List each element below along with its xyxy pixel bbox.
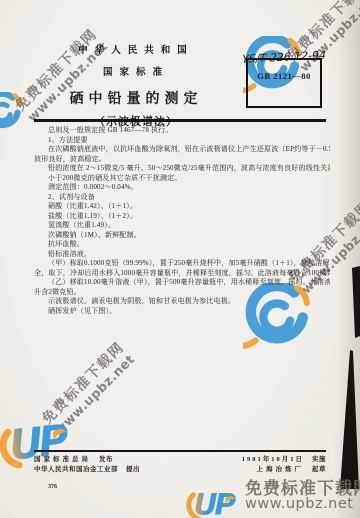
proposer-name: 中华人民共和国冶金工业部 bbox=[34, 466, 118, 473]
body-line: 硝酸（比重1.42）、（1＋1）。 bbox=[34, 202, 330, 212]
body-line: 次磷酸钠（1M）、新鲜配制。 bbox=[34, 231, 330, 241]
drafter-cell: 上海冶炼厂起草 bbox=[257, 464, 327, 473]
standard-type: 国家标准 bbox=[30, 64, 242, 78]
footer-row: 国家标准总局发布 1981年10月1日实施 bbox=[34, 453, 326, 464]
standard-code-box: GB 2121—80 bbox=[246, 58, 322, 108]
document-header: 中华人民共和国 国家标准 硒中铅量的测定 （示波极谱法） bbox=[30, 42, 242, 129]
watermark-site-name: 免费标准下载网 bbox=[245, 480, 360, 497]
bottom-watermark-caption: 免费标准下载网 www.upbz.net bbox=[245, 480, 360, 512]
upbz-swirl-logo bbox=[0, 92, 22, 132]
document-body: 总则及一般规定按 GB 1467—78 执行。 1、方法提要 在次磷酸钠底液中，… bbox=[34, 126, 330, 316]
scanned-standard-page: 免费标准下载网 www.upbz.net 免费标准下载网 www.upbz.ne… bbox=[0, 0, 360, 518]
body-line: 硒挥发炉（见下图）。 bbox=[34, 307, 330, 317]
body-line: 抗坏血酸。 bbox=[34, 240, 330, 250]
body-line: 升含2微克铅。 bbox=[34, 288, 330, 298]
implement-cell: 1981年10月1日实施 bbox=[242, 454, 326, 463]
body-line: 示波极谱仪。滴汞电极为阴极，铂和甘汞电极为参比电极。 bbox=[34, 297, 330, 307]
page-title: 硒中铅量的测定 bbox=[30, 88, 242, 108]
body-line: （甲）称取0.1000克铅（99.99%），置于250毫升烧杯中，加5毫升硝酸（… bbox=[34, 259, 330, 269]
proposer-cell: 中华人民共和国冶金工业部提出 bbox=[34, 464, 140, 473]
body-line: （乙）移取10.00毫升溶液（甲），置于500毫升容量瓶中，用水稀释至刻度，摇匀… bbox=[34, 278, 330, 288]
header-rule bbox=[34, 119, 326, 122]
body-line: 测定范围：0.0002～0.04%。 bbox=[34, 183, 330, 193]
page-number: 376 bbox=[48, 484, 57, 490]
standard-code: GB 2121—80 bbox=[248, 71, 320, 81]
drafter-action: 起草 bbox=[312, 466, 326, 473]
upbz-up-logo: U P bbox=[180, 477, 252, 518]
watermark-site-url: www.upbz.net bbox=[245, 497, 360, 512]
body-line: 在次磷酸钠底液中，以抗坏血酸为除氧剂，铅在示波极谱仪上产生还原波（EP约等于－0… bbox=[34, 145, 330, 155]
body-line: 1、方法提要 bbox=[34, 136, 330, 146]
footer-row: 中华人民共和国冶金工业部提出 上海冶炼厂起草 bbox=[34, 464, 326, 475]
proposer-action: 提出 bbox=[126, 466, 140, 473]
issuer-name: 国家标准总局 bbox=[34, 456, 91, 463]
body-line: 2、试剂与设备 bbox=[34, 193, 330, 203]
body-line: 波形良好，波高稳定。 bbox=[34, 155, 330, 165]
body-line: 铅的浓度在 2～15微克/5 毫升、50～250微克/25毫升范围内，波高与浓度… bbox=[34, 164, 330, 174]
body-line: 全，取下，冷却后用水移入1000毫升容量瓶中，并稀释至刻度，摇匀。此溶液每毫升含… bbox=[34, 269, 330, 279]
book-spine-shade bbox=[334, 0, 360, 518]
body-line: 总则及一般规定按 GB 1467—78 执行。 bbox=[34, 126, 330, 136]
document-footer: 国家标准总局发布 1981年10月1日实施 中华人民共和国冶金工业部提出 上海冶… bbox=[34, 453, 326, 474]
body-line: 铅标准溶液。 bbox=[34, 250, 330, 260]
body-line: 氢溴酸（比重1.49）。 bbox=[34, 221, 330, 231]
country-name: 中华人民共和国 bbox=[30, 42, 242, 56]
body-line: 小于200微克的硒及其它杂质不干扰测定。 bbox=[34, 174, 330, 184]
implement-date: 1981年10月1日 bbox=[242, 456, 304, 463]
implement-action: 实施 bbox=[312, 456, 326, 463]
footer-rule bbox=[34, 450, 326, 452]
drafter-name: 上海冶炼厂 bbox=[257, 466, 305, 473]
issuer-action: 发布 bbox=[99, 456, 113, 463]
body-line: 盐酸（比重1.19）、（1＋2）。 bbox=[34, 212, 330, 222]
issuer-cell: 国家标准总局发布 bbox=[34, 454, 113, 463]
